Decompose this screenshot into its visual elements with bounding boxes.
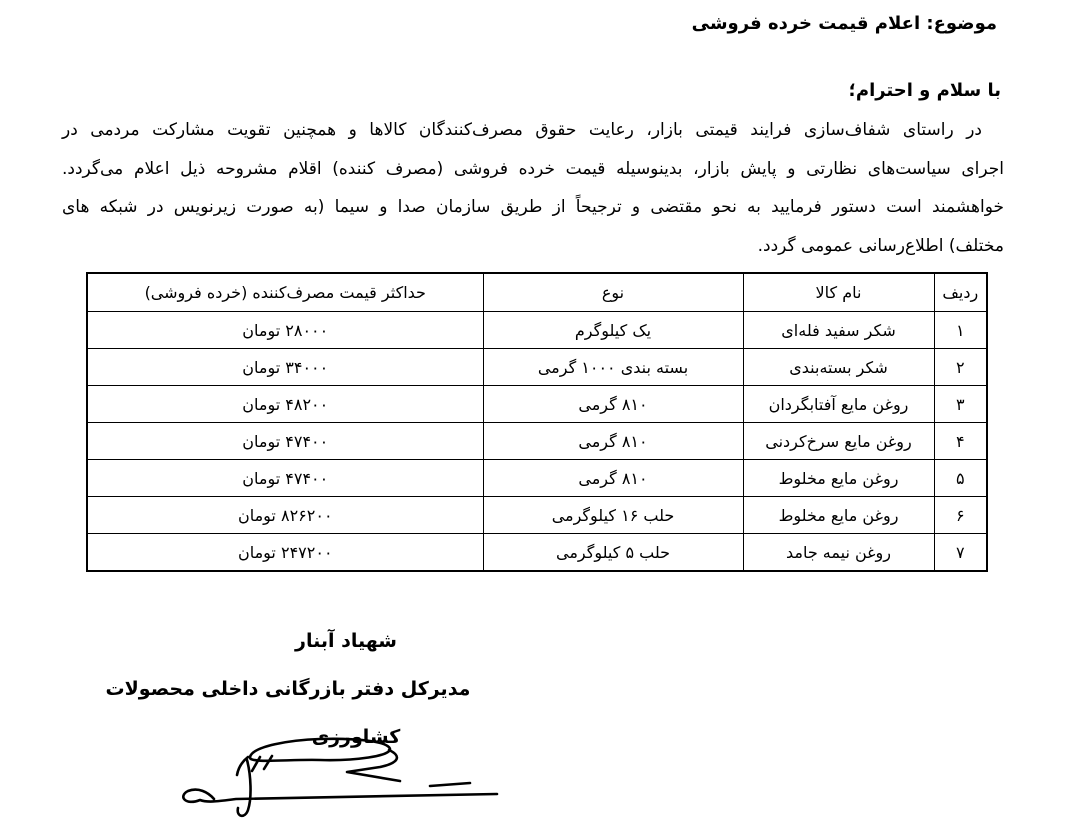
subject-line: موضوع: اعلام قیمت خرده فروشی [692, 13, 997, 34]
table-row: ۷ روغن نیمه جامد حلب ۵ کیلوگرمی ۲۴۷۲۰۰ ت… [87, 534, 987, 572]
table-row: ۲ شکر بسته‌بندی بسته بندی ۱۰۰۰ گرمی ۳۴۰۰… [87, 349, 987, 386]
cell-product-name: روغن مایع آفتابگردان [743, 386, 934, 423]
signer-name: شهیاد آبنار [295, 630, 397, 652]
signer-title: مدیرکل دفتر بازرگانی داخلی محصولات [106, 678, 471, 700]
table-row: ۴ روغن مایع سرخ‌کردنی ۸۱۰ گرمی ۴۷۴۰۰ توم… [87, 423, 987, 460]
table-row: ۵ روغن مایع مخلوط ۸۱۰ گرمی ۴۷۴۰۰ تومان [87, 460, 987, 497]
cell-row-number: ۳ [934, 386, 987, 423]
cell-price: ۴۷۴۰۰ تومان [87, 460, 483, 497]
cell-type: ۸۱۰ گرمی [483, 386, 743, 423]
cell-row-number: ۴ [934, 423, 987, 460]
cell-product-name: شکر سفید فله‌ای [743, 312, 934, 349]
column-header-max-consumer-price: حداکثر قیمت مصرف‌کننده (خرده فروشی) [87, 273, 483, 312]
cell-product-name: روغن مایع مخلوط [743, 497, 934, 534]
table-row: ۱ شکر سفید فله‌ای یک کیلوگرم ۲۸۰۰۰ تومان [87, 312, 987, 349]
cell-type: ۸۱۰ گرمی [483, 460, 743, 497]
cell-row-number: ۲ [934, 349, 987, 386]
cell-price: ۴۷۴۰۰ تومان [87, 423, 483, 460]
cell-price: ۸۲۶۲۰۰ تومان [87, 497, 483, 534]
cell-type: حلب ۱۶ کیلوگرمی [483, 497, 743, 534]
table-row: ۶ روغن مایع مخلوط حلب ۱۶ کیلوگرمی ۸۲۶۲۰۰… [87, 497, 987, 534]
cell-price: ۳۴۰۰۰ تومان [87, 349, 483, 386]
cell-product-name: روغن مایع مخلوط [743, 460, 934, 497]
paragraph-line: خواهشمند است دستور فرمایید به نحو مقتضی … [62, 188, 1004, 227]
paragraph-line: در راستای شفاف‌سازی فرایند قیمتی بازار، … [62, 111, 1004, 150]
table-row: ۳ روغن مایع آفتابگردان ۸۱۰ گرمی ۴۸۲۰۰ تو… [87, 386, 987, 423]
paragraph-line: مختلف) اطلاع‌رسانی عمومی گردد. [62, 227, 1004, 266]
cell-type: یک کیلوگرم [483, 312, 743, 349]
cell-product-name: روغن نیمه جامد [743, 534, 934, 572]
paragraph-line: اجرای سیاست‌های نظارتی و پایش بازار، بدی… [62, 150, 1004, 189]
cell-type: ۸۱۰ گرمی [483, 423, 743, 460]
cell-product-name: روغن مایع سرخ‌کردنی [743, 423, 934, 460]
cell-price: ۴۸۲۰۰ تومان [87, 386, 483, 423]
cell-price: ۲۸۰۰۰ تومان [87, 312, 483, 349]
cell-row-number: ۵ [934, 460, 987, 497]
cell-row-number: ۷ [934, 534, 987, 572]
body-paragraph: در راستای شفاف‌سازی فرایند قیمتی بازار، … [62, 111, 1004, 265]
price-table: ردیف نام کالا نوع حداکثر قیمت مصرف‌کننده… [86, 272, 988, 572]
document-page: موضوع: اعلام قیمت خرده فروشی با سلام و ا… [0, 0, 1076, 833]
cell-type: بسته بندی ۱۰۰۰ گرمی [483, 349, 743, 386]
column-header-product-name: نام کالا [743, 273, 934, 312]
cell-type: حلب ۵ کیلوگرمی [483, 534, 743, 572]
table-header-row: ردیف نام کالا نوع حداکثر قیمت مصرف‌کننده… [87, 273, 987, 312]
salutation-line: با سلام و احترام؛ [849, 80, 1001, 101]
cell-price: ۲۴۷۲۰۰ تومان [87, 534, 483, 572]
cell-row-number: ۱ [934, 312, 987, 349]
column-header-type: نوع [483, 273, 743, 312]
column-header-row-number: ردیف [934, 273, 987, 312]
handwritten-signature [140, 700, 540, 830]
cell-row-number: ۶ [934, 497, 987, 534]
cell-product-name: شکر بسته‌بندی [743, 349, 934, 386]
